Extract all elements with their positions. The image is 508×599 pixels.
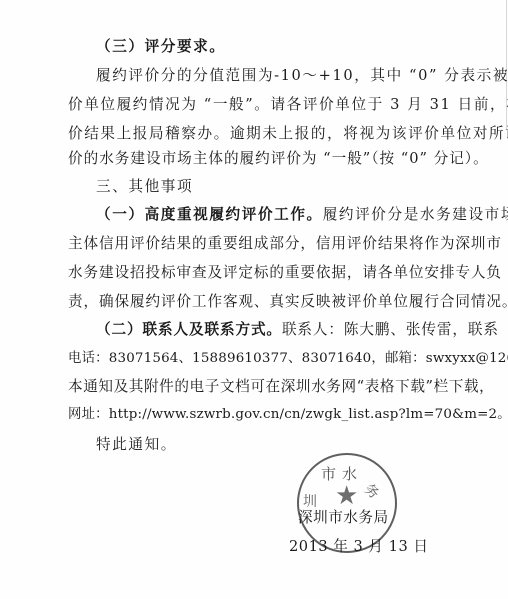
item2-heading: （二）联系人及联系方式。	[96, 321, 282, 338]
paragraph-line: 水务建设招投标审查及评定标的重要依据，请各单位安排专人负	[68, 258, 502, 287]
url-line: 网址：http://www.szwrb.gov.cn/cn/zwgk_list.…	[68, 400, 508, 429]
signature: 深圳市水务局	[298, 506, 389, 527]
item2-text: 联系人：陈大鹏、张传雷，联系	[282, 321, 499, 338]
paragraph-line: 责，确保履约评价工作客观、真实反映被评价单位履行合同情况。	[68, 287, 508, 316]
paragraph-line: 价的水务建设市场主体的履约评价为 “一般”（按 “0” 分记）。	[68, 144, 489, 173]
paragraph-line: 主体信用评价结果的重要组成部分，信用评价结果将作为深圳市	[68, 229, 502, 258]
paragraph-line: 本通知及其附件的电子文档可在深圳水务网“表格下载”栏下载，	[68, 372, 494, 401]
date: 2013 年 3 月 13 日	[289, 535, 428, 556]
paragraph-line: 履约评价分的分值范围为-10～+10，其中 “0” 分表示被评	[96, 61, 508, 90]
section-heading-other: 三、其他事项	[96, 172, 193, 201]
item1-line: （一）高度重视履约评价工作。履约评价分是水务建设市场	[96, 200, 508, 229]
paragraph-line: 价单位履约情况为 “一般”。请各评价单位于 3 月 31 日前，将评	[68, 90, 508, 119]
seal-right-text: 务	[360, 479, 384, 503]
item1-text: 履约评价分是水务建设市场	[323, 206, 508, 223]
item1-heading: （一）高度重视履约评价工作。	[96, 206, 323, 223]
item2-line: （二）联系人及联系方式。联系人：陈大鹏、张传雷，联系	[96, 315, 499, 344]
contact-line: 电话：83071564、15889610377、83071640，邮箱：swxy…	[68, 344, 508, 373]
subsection-heading-scoring: （三）评分要求。	[96, 32, 226, 61]
closing-text: 特此通知。	[96, 430, 177, 459]
